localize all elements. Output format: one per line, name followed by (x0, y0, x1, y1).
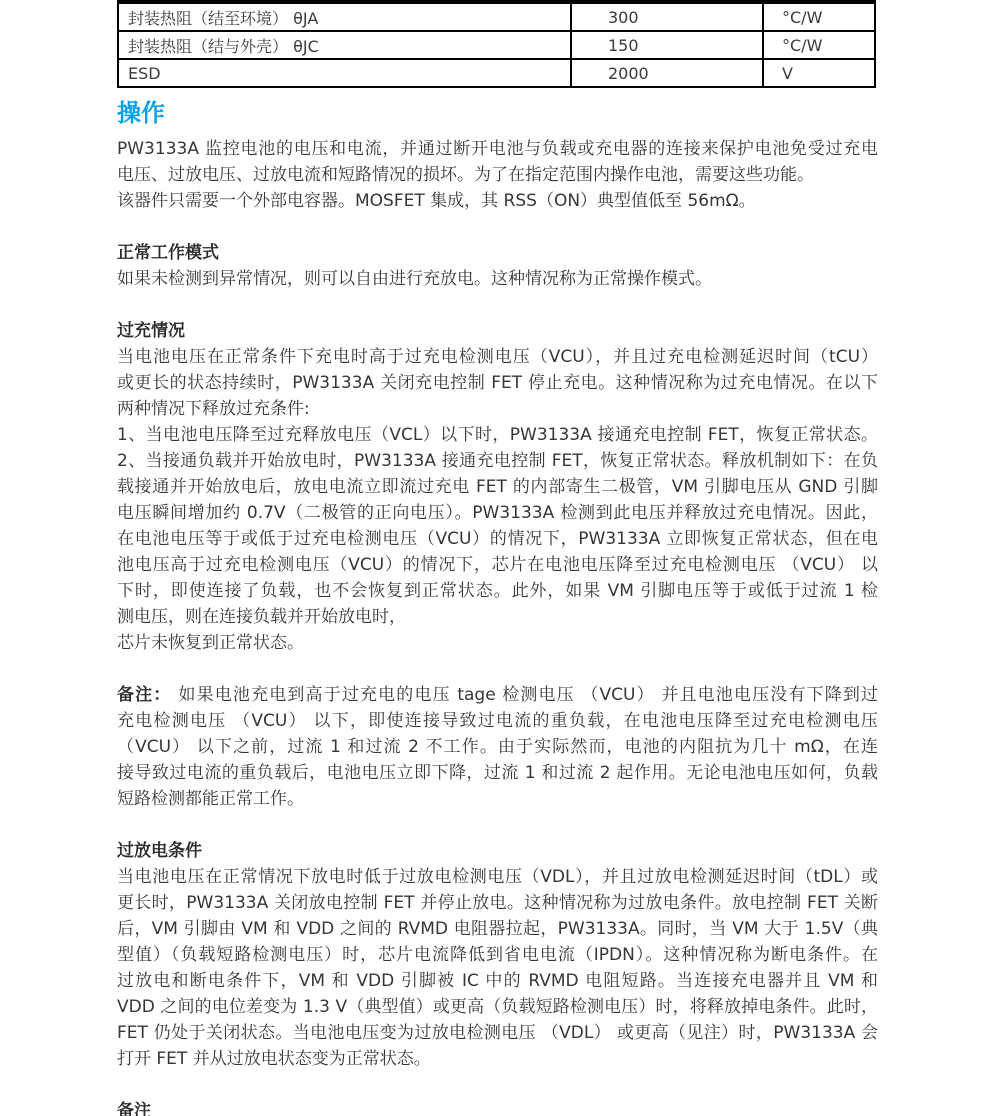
section-heading-overcharge: 过充情况 (117, 318, 878, 344)
text-line: 过放电和断电条件下，VM 和 VDD 引脚被 IC 中的 RVMD 电阻短路。当… (117, 968, 878, 994)
text-line: 1、当电池电压降至过充释放电压（VCL）以下时，PW3133A 接通充电控制 F… (117, 422, 878, 448)
table-cell-param: 封装热阻（结至环境） θJA (118, 2, 571, 31)
text-line: 或更长的状态持续时，PW3133A 关闭充电控制 FET 停止充电。这种情况称为… (117, 370, 878, 396)
datasheet-page: 封装热阻（结至环境） θJA300°C/W封装热阻（结与外壳） θJC150°C… (0, 0, 991, 1116)
paragraph: PW3133A 监控电池的电压和电流，并通过断开电池与负载或充电器的连接来保护电… (117, 136, 878, 214)
text-line: FET 仍处于关闭状态。当电池电压变为过放电检测电压 （VDL） 或更高（见注）… (117, 1020, 878, 1046)
paragraph: 备注：如果电池充电到高于过充电的电压 tage 检测电压 （VCU） 并且电池电… (117, 682, 878, 812)
text-line: 2、当接通负载并开始放电时，PW3133A 接通充电控制 FET，恢复正常状态。… (117, 448, 878, 474)
section-heading-overdischarge: 过放电条件 (117, 838, 878, 864)
table-cell-param: 封装热阻（结与外壳） θJC (118, 31, 571, 59)
text-line: 两种情况下释放过充条件: (117, 396, 878, 422)
document-body: 操作PW3133A 监控电池的电压和电流，并通过断开电池与负载或充电器的连接来保… (117, 98, 878, 1116)
text-line: 池电压高于过充电检测电压（VCU）的情况下，芯片在电池电压降至过充电检测电压 （… (117, 552, 878, 578)
section-heading-note: 备注 (117, 1098, 878, 1116)
note-label: 备注： (117, 685, 171, 705)
text-line: VDD 之间的电位差变为 1.3 V（典型值）或更高（负载短路检测电压）时，将释… (117, 994, 878, 1020)
spec-table: 封装热阻（结至环境） θJA300°C/W封装热阻（结与外壳） θJC150°C… (117, 0, 876, 88)
table-cell-unit: °C/W (763, 31, 875, 59)
text-line: （VCU） 以下之前，过流 1 和过流 2 不工作。由于实际然而，电池的内阻抗为… (117, 734, 878, 760)
section-heading-normal-mode: 正常工作模式 (117, 240, 878, 266)
text-line: 充电检测电压 （VCU） 以下，即使连接导致过电流的重负载，在电池电压降至过充电… (117, 708, 878, 734)
text-line: 测电压，则在连接负载并开始放电时， (117, 604, 878, 630)
paragraph: 当电池电压在正常情况下放电时低于过放电检测电压（VDL），并且过放电检测延迟时间… (117, 864, 878, 1072)
table-cell-unit: V (763, 59, 875, 87)
text-line: PW3133A 监控电池的电压和电流，并通过断开电池与负载或充电器的连接来保护电… (117, 136, 878, 162)
table-row: ESD2000V (118, 59, 875, 87)
table-cell-param: ESD (118, 59, 571, 87)
page-title: 操作 (117, 98, 878, 128)
paragraph: 当电池电压在正常条件下充电时高于过充电检测电压（VCU），并且过充电检测延迟时间… (117, 344, 878, 656)
page-content: 封装热阻（结至环境） θJA300°C/W封装热阻（结与外壳） θJC150°C… (117, 0, 878, 1116)
text-line: 短路检测都能正常工作。 (117, 786, 878, 812)
text-line: 当电池电压在正常情况下放电时低于过放电检测电压（VDL），并且过放电检测延迟时间… (117, 864, 878, 890)
text-line: 后，VM 引脚由 VM 和 VDD 之间的 RVMD 电阻器拉起，PW3133A… (117, 916, 878, 942)
text-line: 电压、过放电压、过放电流和短路情况的损坏。为了在指定范围内操作电池，需要这些功能… (117, 162, 878, 188)
text-line: 更长时，PW3133A 关闭放电控制 FET 并停止放电。这种情况称为过放电条件… (117, 890, 878, 916)
table-row: 封装热阻（结至环境） θJA300°C/W (118, 2, 875, 31)
text-line: 打开 FET 并从过放电状态变为正常状态。 (117, 1046, 878, 1072)
text-line: 电压瞬间增加约 0.7V（二极管的正向电压）。PW3133A 检测到此电压并释放… (117, 500, 878, 526)
text-line: 当电池电压在正常条件下充电时高于过充电检测电压（VCU），并且过充电检测延迟时间… (117, 344, 878, 370)
paragraph: 如果未检测到异常情况，则可以自由进行充放电。这种情况称为正常操作模式。 (117, 266, 878, 292)
text-line: 如果未检测到异常情况，则可以自由进行充放电。这种情况称为正常操作模式。 (117, 266, 878, 292)
text-line: 下时，即使连接了负载，也不会恢复到正常状态。此外，如果 VM 引脚电压等于或低于… (117, 578, 878, 604)
text-line: 载接通并开始放电后，放电电流立即流过充电 FET 的内部寄生二极管，VM 引脚电… (117, 474, 878, 500)
table-row: 封装热阻（结与外壳） θJC150°C/W (118, 31, 875, 59)
text-line: 备注：如果电池充电到高于过充电的电压 tage 检测电压 （VCU） 并且电池电… (117, 682, 878, 708)
table-cell-value: 150 (571, 31, 763, 59)
text-line: 在电池电压等于或低于过充电检测电压（VCU）的情况下，PW3133A 立即恢复正… (117, 526, 878, 552)
table-cell-unit: °C/W (763, 2, 875, 31)
text-line: 芯片未恢复到正常状态。 (117, 630, 878, 656)
table-cell-value: 300 (571, 2, 763, 31)
table-cell-value: 2000 (571, 59, 763, 87)
text-line: 接导致过电流的重负载后，电池电压立即下降，过流 1 和过流 2 起作用。无论电池… (117, 760, 878, 786)
text-line: 型值）（负载短路检测电压）时，芯片电流降低到省电电流（IPDN）。这种情况称为断… (117, 942, 878, 968)
text-line: 该器件只需要一个外部电容器。MOSFET 集成，其 RSS（ON）典型值低至 5… (117, 188, 878, 214)
